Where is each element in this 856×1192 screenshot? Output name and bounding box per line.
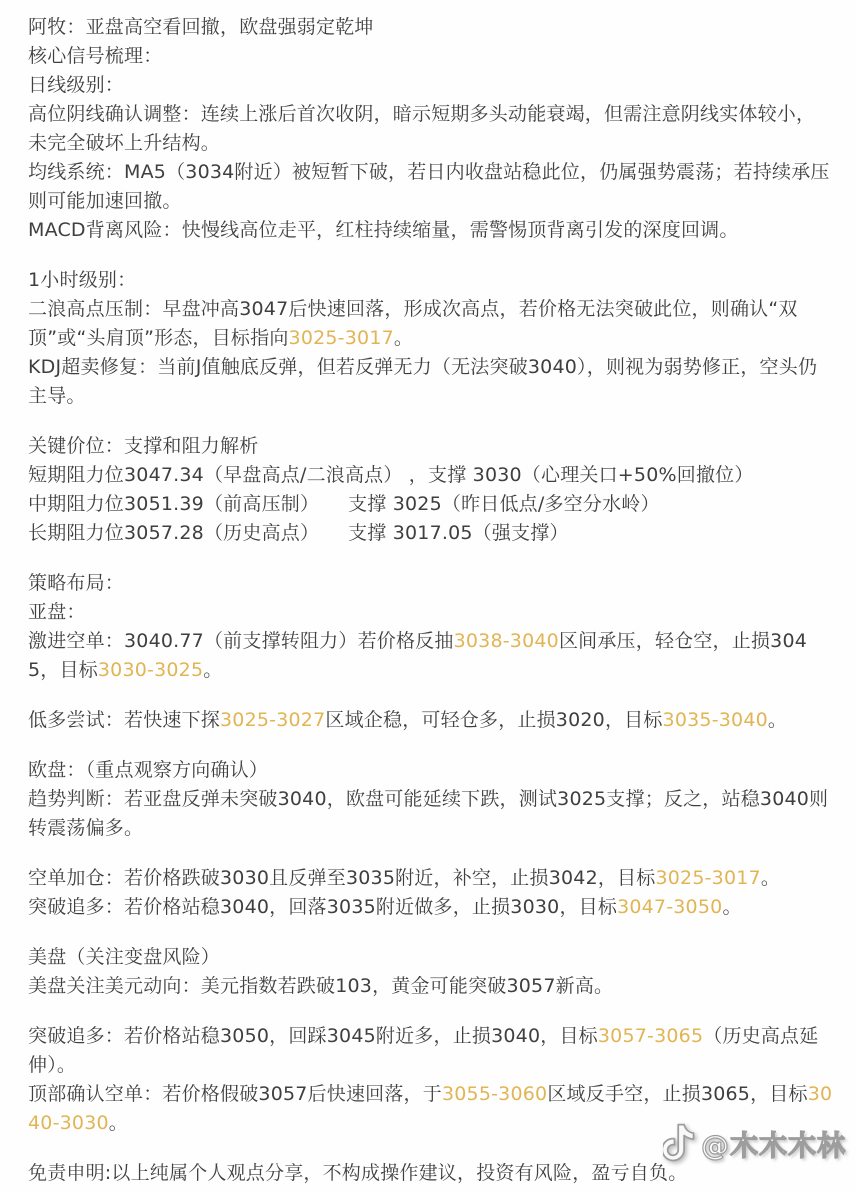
text-segment: 。 <box>768 709 787 731</box>
price-range-highlight: 3025-3017 <box>655 867 760 889</box>
price-range-highlight: 3055-3060 <box>442 1083 547 1105</box>
strategy-layout-heading: 策略布局： <box>28 569 834 598</box>
text-segment: 关键价位：支撑和阻力解析 <box>28 435 258 457</box>
text-segment: 低多尝试：若快速下探 <box>28 709 220 731</box>
text-segment: 高位阴线确认调整：连续上涨后首次收阴，暗示短期多头动能衰竭，但需注意阴线实体较小… <box>28 103 815 154</box>
text-segment: 。 <box>394 327 413 349</box>
trend-judgment: 趋势判断：若亚盘反弹未突破3040，欧盘可能延续下跌，测试3025支撑；反之，站… <box>28 785 834 843</box>
text-segment: 1小时级别： <box>28 269 136 291</box>
long-term-resistance-row: 长期阻力位3057.28（历史高点） 支撑 3017.05（强支撑） <box>28 519 834 548</box>
aggressive-short-plan: 激进空单：3040.77（前支撑转阻力）若价格反抽3038-3040区间承压，轻… <box>28 627 834 685</box>
core-signals-heading: 核心信号梳理： <box>28 42 834 71</box>
us-dollar-watch: 美盘关注美元动向：美元指数若跌破103，黄金可能突破3057新高。 <box>28 972 834 1001</box>
text-segment: 激进空单：3040.77（前支撑转阻力）若价格反抽 <box>28 630 454 652</box>
article-body: 阿牧：亚盘高空看回撤，欧盘强弱定乾坤核心信号梳理：日线级别：高位阴线确认调整：连… <box>0 0 856 1188</box>
text-segment: 。 <box>761 867 780 889</box>
text-segment: 美盘关注美元动向：美元指数若跌破103，黄金可能突破3057新高。 <box>28 975 613 997</box>
text-segment: 核心信号梳理： <box>28 45 162 67</box>
price-range-highlight: 3038-3040 <box>454 630 559 652</box>
breakout-chase-long-us: 突破追多：若价格站稳3050，回踩3045附近多，止损3040，目标3057-3… <box>28 1022 834 1080</box>
document-page: 阿牧：亚盘高空看回撤，欧盘强弱定乾坤核心信号梳理：日线级别：高位阴线确认调整：连… <box>0 0 856 1192</box>
text-segment: 。 <box>722 896 741 918</box>
short-add-position: 空单加仓：若价格跌破3030且反弹至3035附近，补空，止损3042，目标302… <box>28 864 834 893</box>
daily-level-heading: 日线级别： <box>28 71 834 100</box>
text-segment: 策略布局： <box>28 572 124 594</box>
text-segment: 顶部确认空单：若价格假破3057后快速回落，于 <box>28 1083 442 1105</box>
price-range-highlight: 3035-3040 <box>663 709 768 731</box>
text-segment: 日线级别： <box>28 74 124 96</box>
text-segment: 均线系统：MA5（3034附近）被短暂下破，若日内收盘站稳此位，仍属强势震荡；若… <box>28 161 830 212</box>
text-segment: 中期阻力位3051.39（前高压制） 支撑 3025（昨日低点/多空分水岭） <box>28 493 660 515</box>
text-segment: MACD背离风险：快慢线高位走平，红柱持续缩量，需警惕顶背离引发的深度回调。 <box>28 219 739 241</box>
price-range-highlight: 3025-3017 <box>289 327 394 349</box>
daily-yinline-analysis: 高位阴线确认调整：连续上涨后首次收阴，暗示短期多头动能衰竭，但需注意阴线实体较小… <box>28 100 834 158</box>
short-term-resistance-row: 短期阻力位3047.34（早盘高点/二浪高点） ，支撑 3030（心理关口+50… <box>28 461 834 490</box>
text-segment: 。 <box>203 659 222 681</box>
price-range-highlight: 3057-3065 <box>598 1025 703 1047</box>
text-segment: 区域反手空，止损3065，目标 <box>547 1083 807 1105</box>
text-segment: KDJ超卖修复：当前J值触底反弹，但若反弹无力（无法突破3040），则视为弱势修… <box>28 356 817 407</box>
text-segment: 突破追多：若价格站稳3040，回落3035附近做多，止损3030，目标 <box>28 896 617 918</box>
us-session-heading: 美盘（关注变盘风险） <box>28 943 834 972</box>
kdj-oversold-repair: KDJ超卖修复：当前J值触底反弹，但若反弹无力（无法突破3040），则视为弱势修… <box>28 353 834 411</box>
mid-term-resistance-row: 中期阻力位3051.39（前高压制） 支撑 3025（昨日低点/多空分水岭） <box>28 490 834 519</box>
ma-system-analysis: 均线系统：MA5（3034附近）被短暂下破，若日内收盘站稳此位，仍属强势震荡；若… <box>28 158 834 216</box>
hourly-level-heading: 1小时级别： <box>28 266 834 295</box>
europe-session-heading: 欧盘：（重点观察方向确认） <box>28 756 834 785</box>
price-range-highlight: 3025-3027 <box>220 709 325 731</box>
breakout-long-europe: 突破追多：若价格站稳3040，回落3035附近做多，止损3030，目标3047-… <box>28 893 834 922</box>
text-segment: 亚盘： <box>28 601 86 623</box>
text-segment: 美盘（关注变盘风险） <box>28 946 220 968</box>
text-segment: 阿牧：亚盘高空看回撤，欧盘强弱定乾坤 <box>28 16 374 38</box>
text-segment: 突破追多：若价格站稳3050，回踩3045附近多，止损3040，目标 <box>28 1025 598 1047</box>
disclaimer: 免责申明:以上纯属个人观点分享，不构成操作建议，投资有风险，盈亏自负。 <box>28 1159 834 1188</box>
price-range-highlight: 3047-3050 <box>617 896 722 918</box>
headline: 阿牧：亚盘高空看回撤，欧盘强弱定乾坤 <box>28 13 834 42</box>
text-segment: 长期阻力位3057.28（历史高点） 支撑 3017.05（强支撑） <box>28 522 569 544</box>
low-long-attempt: 低多尝试：若快速下探3025-3027区域企稳，可轻仓多，止损3020，目标30… <box>28 706 834 735</box>
key-levels-heading: 关键价位：支撑和阻力解析 <box>28 432 834 461</box>
top-confirm-short: 顶部确认空单：若价格假破3057后快速回落，于3055-3060区域反手空，止损… <box>28 1080 834 1138</box>
asia-session-heading: 亚盘： <box>28 598 834 627</box>
text-segment: 欧盘：（重点观察方向确认） <box>28 759 268 781</box>
price-range-highlight: 3030-3025 <box>98 659 203 681</box>
text-segment: 区域企稳，可轻仓多，止损3020，目标 <box>325 709 662 731</box>
text-segment: 。 <box>109 1112 128 1134</box>
text-segment: 空单加仓：若价格跌破3030且反弹至3035附近，补空，止损3042，目标 <box>28 867 655 889</box>
text-segment: 短期阻力位3047.34（早盘高点/二浪高点） ，支撑 3030（心理关口+50… <box>28 464 754 486</box>
second-wave-high-pressure: 二浪高点压制：早盘冲高3047后快速回落，形成次高点，若价格无法突破此位，则确认… <box>28 295 834 353</box>
macd-divergence-risk: MACD背离风险：快慢线高位走平，红柱持续缩量，需警惕顶背离引发的深度回调。 <box>28 216 834 245</box>
text-segment: 免责申明:以上纯属个人观点分享，不构成操作建议，投资有风险，盈亏自负。 <box>28 1162 687 1184</box>
text-segment: 趋势判断：若亚盘反弹未突破3040，欧盘可能延续下跌，测试3025支撑；反之，站… <box>28 788 828 839</box>
